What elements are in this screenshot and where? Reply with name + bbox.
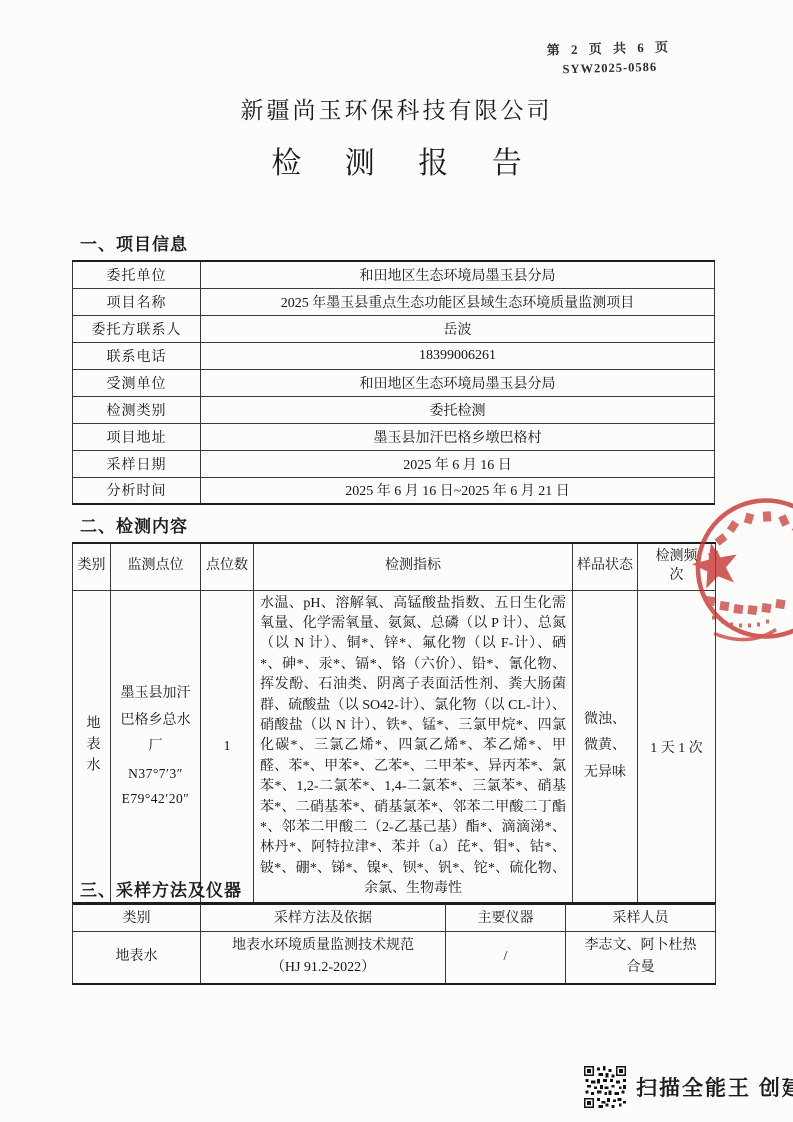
category-value: 地表水 — [82, 715, 102, 778]
table-row: 委托方联系人 岳波 — [73, 315, 715, 342]
col-header-point-count: 点位数 — [201, 543, 254, 590]
row-label: 受测单位 — [73, 369, 201, 396]
category-cell: 地表水 — [73, 590, 111, 904]
row-label: 项目地址 — [73, 423, 201, 450]
instrument-cell: / — [446, 931, 566, 984]
table-row: 联系电话 18399006261 — [73, 342, 715, 369]
row-label: 检测类别 — [73, 396, 201, 423]
site-cell: 墨玉县加汗巴格乡总水厂 N37°7′3″ E79°42′20″ — [111, 590, 201, 904]
indicators-cell: 水温、pH、溶解氧、高锰酸盐指数、五日生化需氧量、化学需氧量、氨氮、总磷（以 P… — [254, 590, 573, 904]
row-value: 和田地区生态环境局墨玉县分局 — [201, 261, 715, 288]
col-header-personnel: 采样人员 — [566, 903, 716, 931]
row-label: 分析时间 — [73, 477, 201, 504]
table-header-row: 类别 监测点位 点位数 检测指标 样品状态 检测频次 — [73, 543, 716, 590]
red-seal-stamp-icon — [676, 481, 793, 656]
sample-status-cell: 微浊、微黄、无异味 — [573, 590, 638, 904]
col-header-method: 采样方法及依据 — [201, 903, 446, 931]
sampling-method-table: 类别 采样方法及依据 主要仪器 采样人员 地表水 地表水环境质量监测技术规范 （… — [72, 902, 716, 985]
row-value: 和田地区生态环境局墨玉县分局 — [201, 369, 715, 396]
section-heading-method: 三、采样方法及仪器 — [80, 876, 242, 901]
col-header-indicators: 检测指标 — [254, 543, 573, 590]
row-label: 委托单位 — [73, 261, 201, 288]
scanner-credit-text: 扫描全能王 创建 — [636, 1072, 793, 1102]
row-label: 项目名称 — [73, 288, 201, 315]
col-header-instrument: 主要仪器 — [446, 903, 566, 931]
table-row: 分析时间 2025 年 6 月 16 日~2025 年 6 月 21 日 — [73, 477, 715, 504]
site-name: 墨玉县加汗巴格乡总水厂 — [114, 681, 197, 761]
report-title: 检 测 报 告 — [0, 138, 793, 182]
table-row: 项目名称 2025 年墨玉县重点生态功能区县域生态环境质量监测项目 — [73, 288, 715, 315]
row-value: 2025 年 6 月 16 日 — [201, 450, 715, 477]
row-value: 岳波 — [201, 315, 715, 342]
row-value: 委托检测 — [201, 396, 715, 423]
row-value: 墨玉县加汗巴格乡墩巴格村 — [201, 423, 715, 450]
method-cell: 地表水环境质量监测技术规范 （HJ 91.2-2022） — [201, 931, 446, 984]
site-coordinate-north: N37°7′3″ — [114, 761, 197, 787]
point-count-cell: 1 — [201, 590, 254, 904]
table-row: 委托单位 和田地区生态环境局墨玉县分局 — [73, 261, 715, 288]
table-row: 检测类别 委托检测 — [73, 396, 715, 423]
personnel-cell: 李志文、阿卜杜热合曼 — [566, 931, 716, 984]
category-cell: 地表水 — [73, 931, 201, 984]
table-row: 采样日期 2025 年 6 月 16 日 — [73, 450, 715, 477]
section-heading-content: 二、检测内容 — [80, 512, 188, 537]
col-header-site: 监测点位 — [111, 543, 201, 590]
row-value: 18399006261 — [201, 342, 715, 369]
table-row: 受测单位 和田地区生态环境局墨玉县分局 — [73, 369, 715, 396]
section-heading-project-info: 一、项目信息 — [80, 230, 188, 255]
scanned-report-page: 第 2 页 共 6 页 SYW2025-0586 新疆尚玉环保科技有限公司 检 … — [0, 0, 793, 1122]
site-coordinate-east: E79°42′20″ — [114, 786, 197, 812]
project-info-table: 委托单位 和田地区生态环境局墨玉县分局 项目名称 2025 年墨玉县重点生态功能… — [72, 260, 715, 505]
table-row: 地表水 墨玉县加汗巴格乡总水厂 N37°7′3″ E79°42′20″ 1 水温… — [73, 590, 716, 904]
row-label: 采样日期 — [73, 450, 201, 477]
seal-star-icon — [689, 538, 743, 590]
qr-code-icon — [584, 1066, 626, 1108]
table-row: 地表水 地表水环境质量监测技术规范 （HJ 91.2-2022） / 李志文、阿… — [73, 931, 716, 984]
monitoring-content-table: 类别 监测点位 点位数 检测指标 样品状态 检测频次 地表水 墨玉县加汗巴格乡总… — [72, 542, 716, 905]
col-header-category: 类别 — [73, 903, 201, 931]
col-header-sample-status: 样品状态 — [573, 543, 638, 590]
scanner-footer: 扫描全能王 创建 — [584, 1066, 793, 1108]
col-header-category: 类别 — [73, 543, 111, 590]
table-row: 项目地址 墨玉县加汗巴格乡墩巴格村 — [73, 423, 715, 450]
report-number: SYW2025-0586 — [547, 57, 673, 78]
row-value: 2025 年墨玉县重点生态功能区县域生态环境质量监测项目 — [201, 288, 715, 315]
table-header-row: 类别 采样方法及依据 主要仪器 采样人员 — [73, 903, 716, 931]
company-title: 新疆尚玉环保科技有限公司 — [0, 92, 793, 125]
row-value: 2025 年 6 月 16 日~2025 年 6 月 21 日 — [201, 477, 715, 504]
row-label: 联系电话 — [73, 342, 201, 369]
page-header: 第 2 页 共 6 页 SYW2025-0586 — [547, 38, 673, 78]
row-label: 委托方联系人 — [73, 315, 201, 342]
